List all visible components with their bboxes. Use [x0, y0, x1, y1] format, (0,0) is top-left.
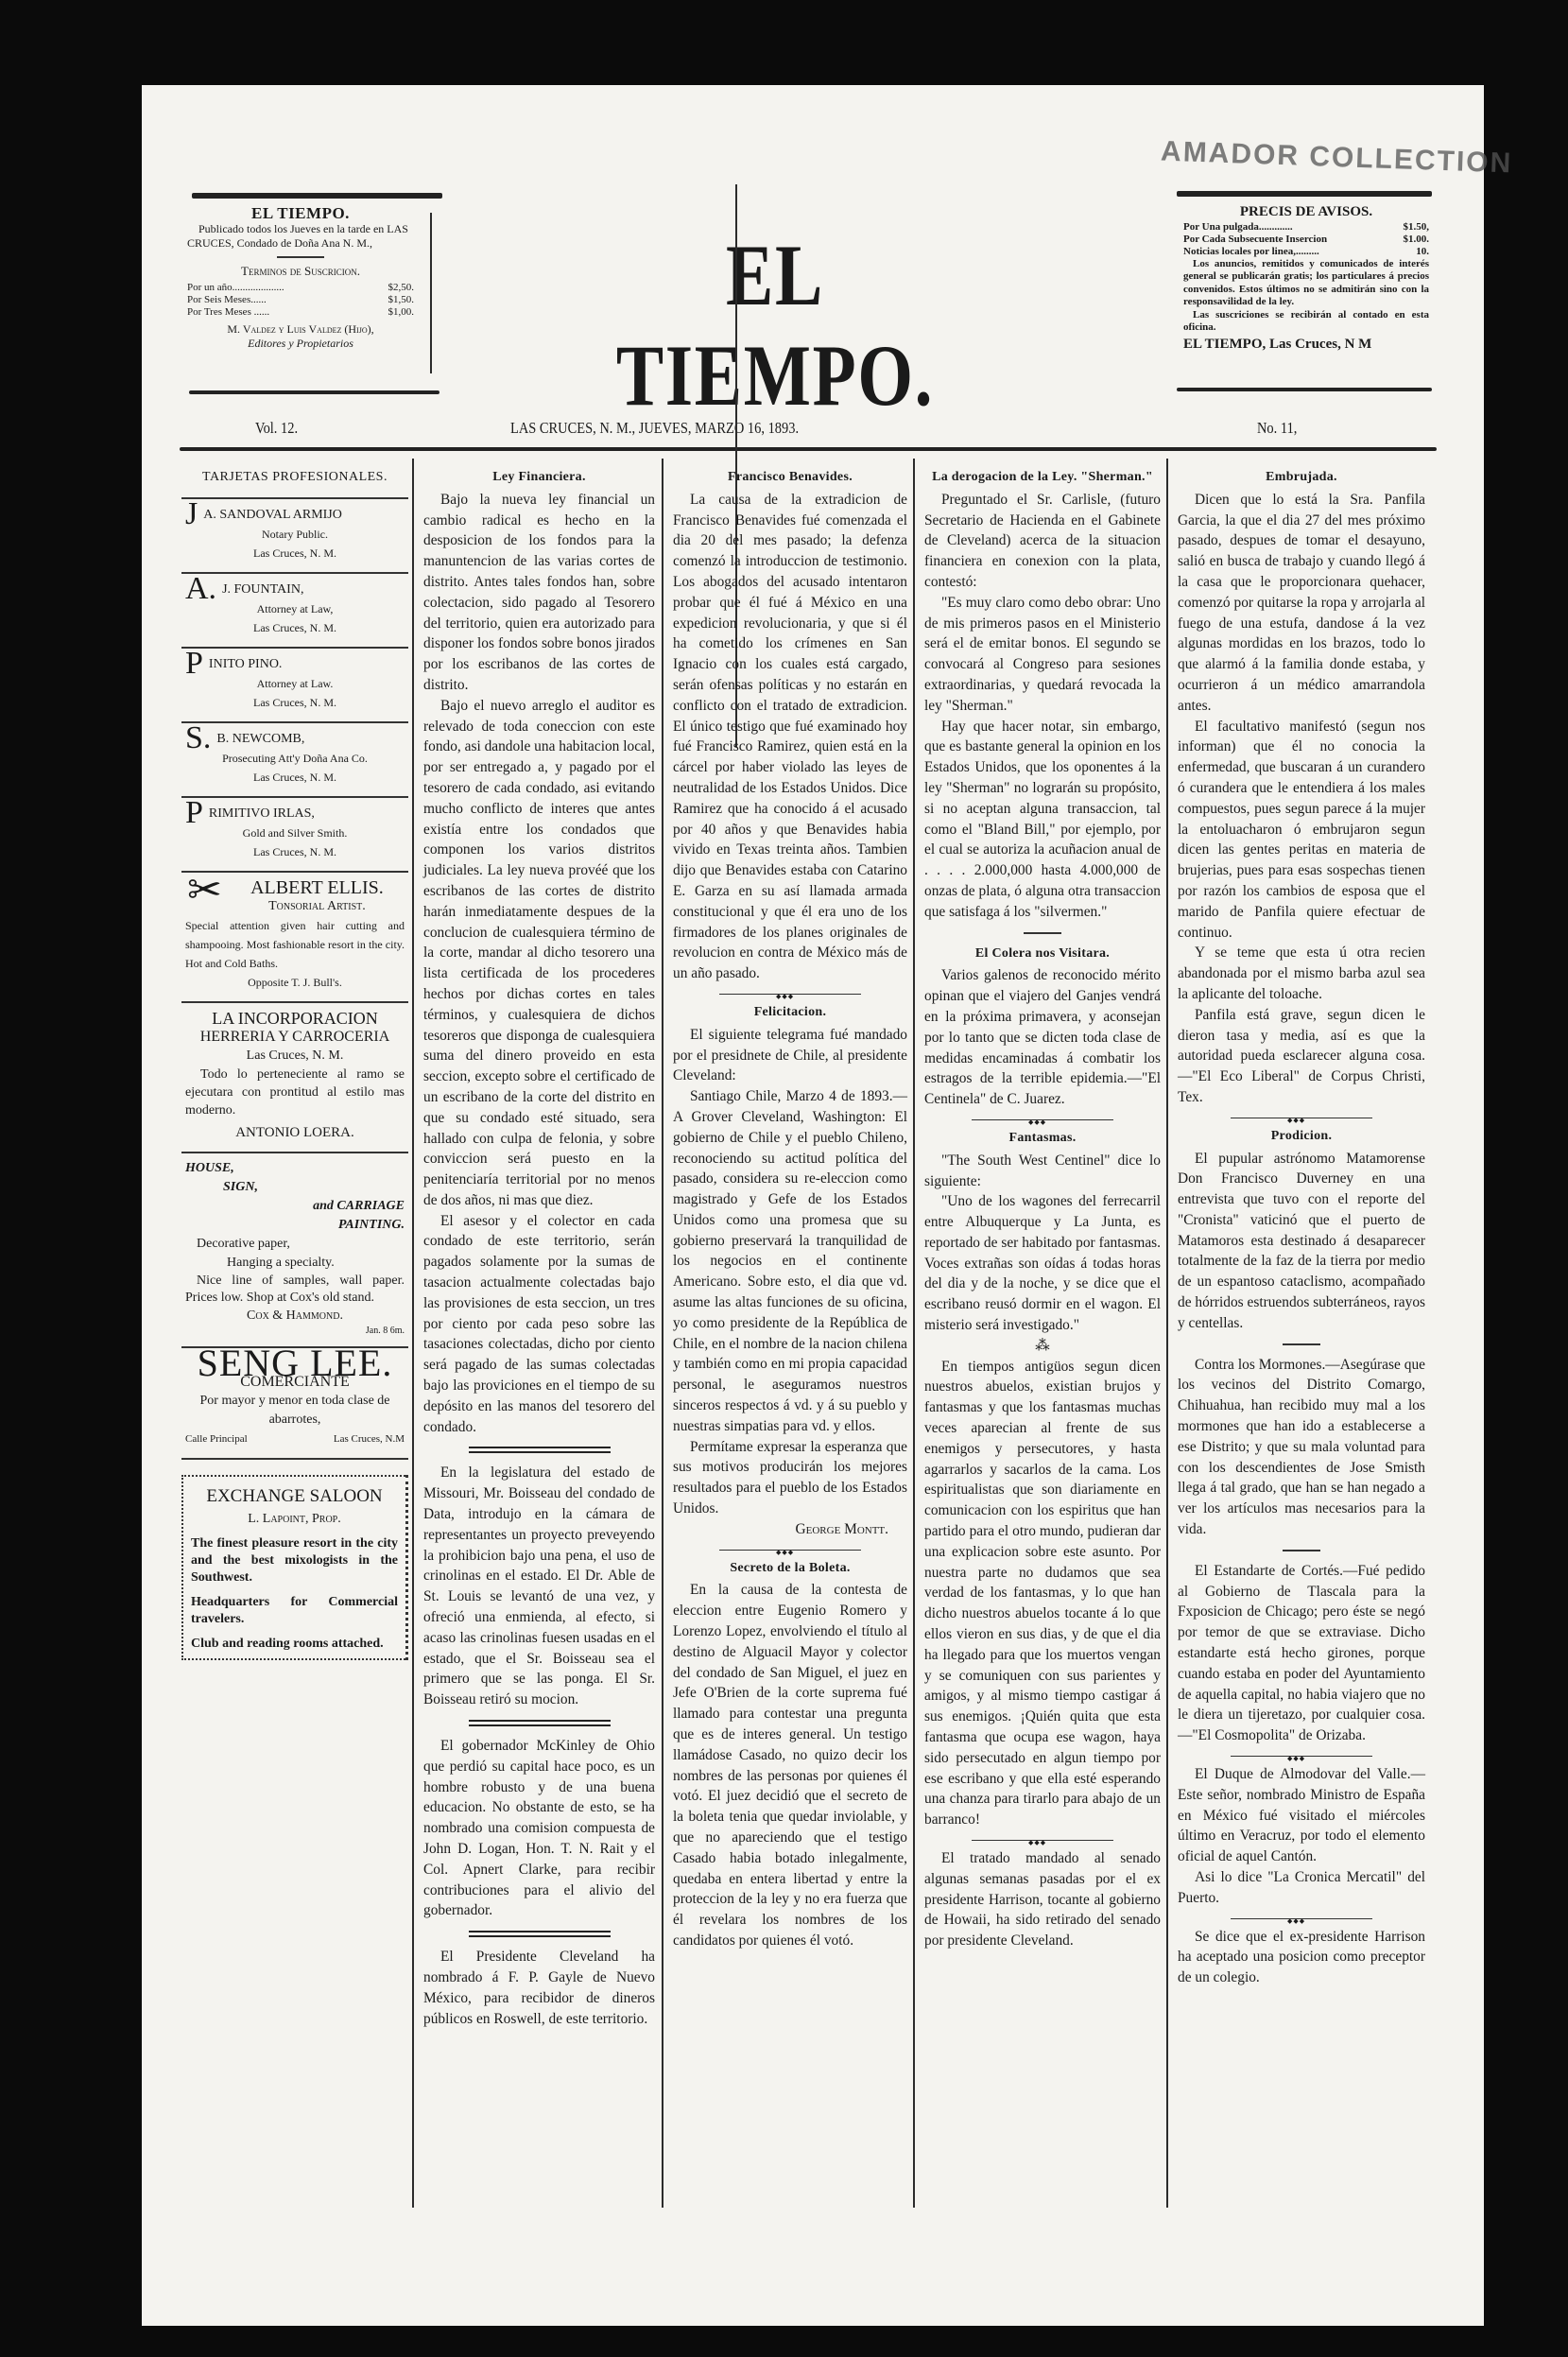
column-benavides: Francisco Benavides. La causa de la extr… [673, 463, 907, 1951]
volume-number: Vol. 12. [255, 419, 298, 438]
ornamental-rule [1231, 1918, 1372, 1919]
column-divider [662, 459, 663, 2208]
publication-info: Publicado todos los Jueves en la tarde e… [187, 222, 414, 251]
ornamental-rule [719, 994, 861, 995]
ad-albert-ellis: ✂ ALBERT ELLIS. Tonsorial Artist. Specia… [181, 873, 408, 1003]
issue-number: No. 11, [1257, 419, 1297, 438]
rate-row: Por Una pulgada.............$1.50, [1183, 221, 1429, 234]
ad-painting: HOUSE, SIGN, and CARRIAGE PAINTING. Deco… [181, 1153, 408, 1348]
masthead-divider-left [430, 213, 432, 373]
article-heading: La derogacion de la Ley. "Sherman." [924, 467, 1161, 488]
subscription-heading: Terminos de Suscricion. [187, 264, 414, 278]
column-embrujada: Embrujada. Dicen que lo está la Sra. Pan… [1178, 463, 1425, 1988]
column-ley-financiera: Ley Financiera. Bajo la nueva ley financ… [423, 463, 655, 2029]
masthead-left-box: EL TIEMPO. Publicado todos los Jueves en… [187, 206, 414, 351]
asterism: ⁂ [924, 1336, 1161, 1357]
column-divider [1166, 459, 1168, 2208]
ornamental-rule [972, 1119, 1113, 1120]
card-armijo: JA. SANDOVAL ARMIJO Notary Public. Las C… [181, 499, 408, 574]
masthead-top-rule-left [192, 193, 442, 199]
ad-herreria: LA INCORPORACION HERRERIA Y CARROCERIA L… [181, 1003, 408, 1153]
double-rule [469, 1720, 611, 1726]
price-row: Por Seis Meses......$1,50. [187, 294, 414, 306]
issue-date: LAS CRUCES, N. M., JUEVES, MARZO 16, 189… [510, 419, 799, 438]
newspaper-title: EL TIEMPO. [574, 225, 976, 425]
rate-row: Por Cada Subsecuente Insercion$1.00. [1183, 234, 1429, 246]
masthead-right-footer: EL TIEMPO, Las Cruces, N M [1183, 338, 1429, 352]
price-row: Por un año....................$2,50. [187, 282, 414, 294]
signature: George Montt. [673, 1519, 907, 1540]
card-irlas: PRIMITIVO IRLAS, Gold and Silver Smith. … [181, 798, 408, 873]
short-rule [1283, 1550, 1320, 1551]
rate-row: Noticias locales por linea,.........10. [1183, 246, 1429, 258]
article-heading: Embrujada. [1178, 467, 1425, 488]
masthead-bottom-rule-left [189, 390, 439, 394]
masthead-bottom-rule-right [1177, 388, 1432, 391]
dateline-rule [180, 447, 1437, 451]
editors-role: Editores y Propietarios [187, 337, 414, 351]
divider [277, 256, 324, 258]
article-heading: Ley Financiera. [423, 467, 655, 488]
price-row: Por Tres Meses ......$1,00. [187, 306, 414, 319]
ornamental-rule [972, 1840, 1113, 1841]
card-fountain: A.J. FOUNTAIN, Attorney at Law, Las Cruc… [181, 574, 408, 649]
ad-exchange-saloon: EXCHANGE SALOON L. Lapoint, Prop. The fi… [181, 1475, 408, 1660]
column-professional-cards: TARJETAS PROFESIONALES. JA. SANDOVAL ARM… [181, 463, 408, 1660]
article-heading: Francisco Benavides. [673, 467, 907, 488]
column-sherman: La derogacion de la Ley. "Sherman." Preg… [924, 463, 1161, 1951]
column-divider [412, 459, 414, 2208]
ornamental-rule [1231, 1756, 1372, 1757]
short-rule [1283, 1343, 1320, 1345]
cards-heading: TARJETAS PROFESIONALES. [181, 463, 408, 499]
masthead-left-title: EL TIEMPO. [187, 206, 414, 220]
editors: M. Valdez y Luis Valdez (Hijo), [187, 322, 414, 337]
ad-seng-lee: SENG LEE. COMERCIANTE Por mayor y menor … [181, 1348, 408, 1460]
column-divider [913, 459, 915, 2208]
short-rule [1024, 932, 1061, 934]
ornamental-rule [1231, 1118, 1372, 1118]
double-rule [469, 1447, 611, 1453]
masthead-right-box: PRECIS DE AVISOS. Por Una pulgada.......… [1183, 206, 1429, 351]
subscription-note: Las suscriciones se recibirán al contado… [1183, 309, 1429, 335]
card-pino: PINITO PINO. Attorney at Law. Las Cruces… [181, 649, 408, 723]
double-rule [469, 1931, 611, 1937]
article-heading: El Colera nos Visitara. [924, 944, 1161, 964]
card-newcomb: S.B. NEWCOMB, Prosecuting Att'y Doña Ana… [181, 723, 408, 798]
ornamental-rule [719, 1550, 861, 1551]
ad-rates-title: PRECIS DE AVISOS. [1183, 206, 1429, 219]
masthead-top-rule-right [1177, 191, 1432, 197]
scissors-comb-icon: ✂ [187, 880, 222, 901]
ad-terms: Los anuncios, remitidos y comunicados de… [1183, 258, 1429, 309]
